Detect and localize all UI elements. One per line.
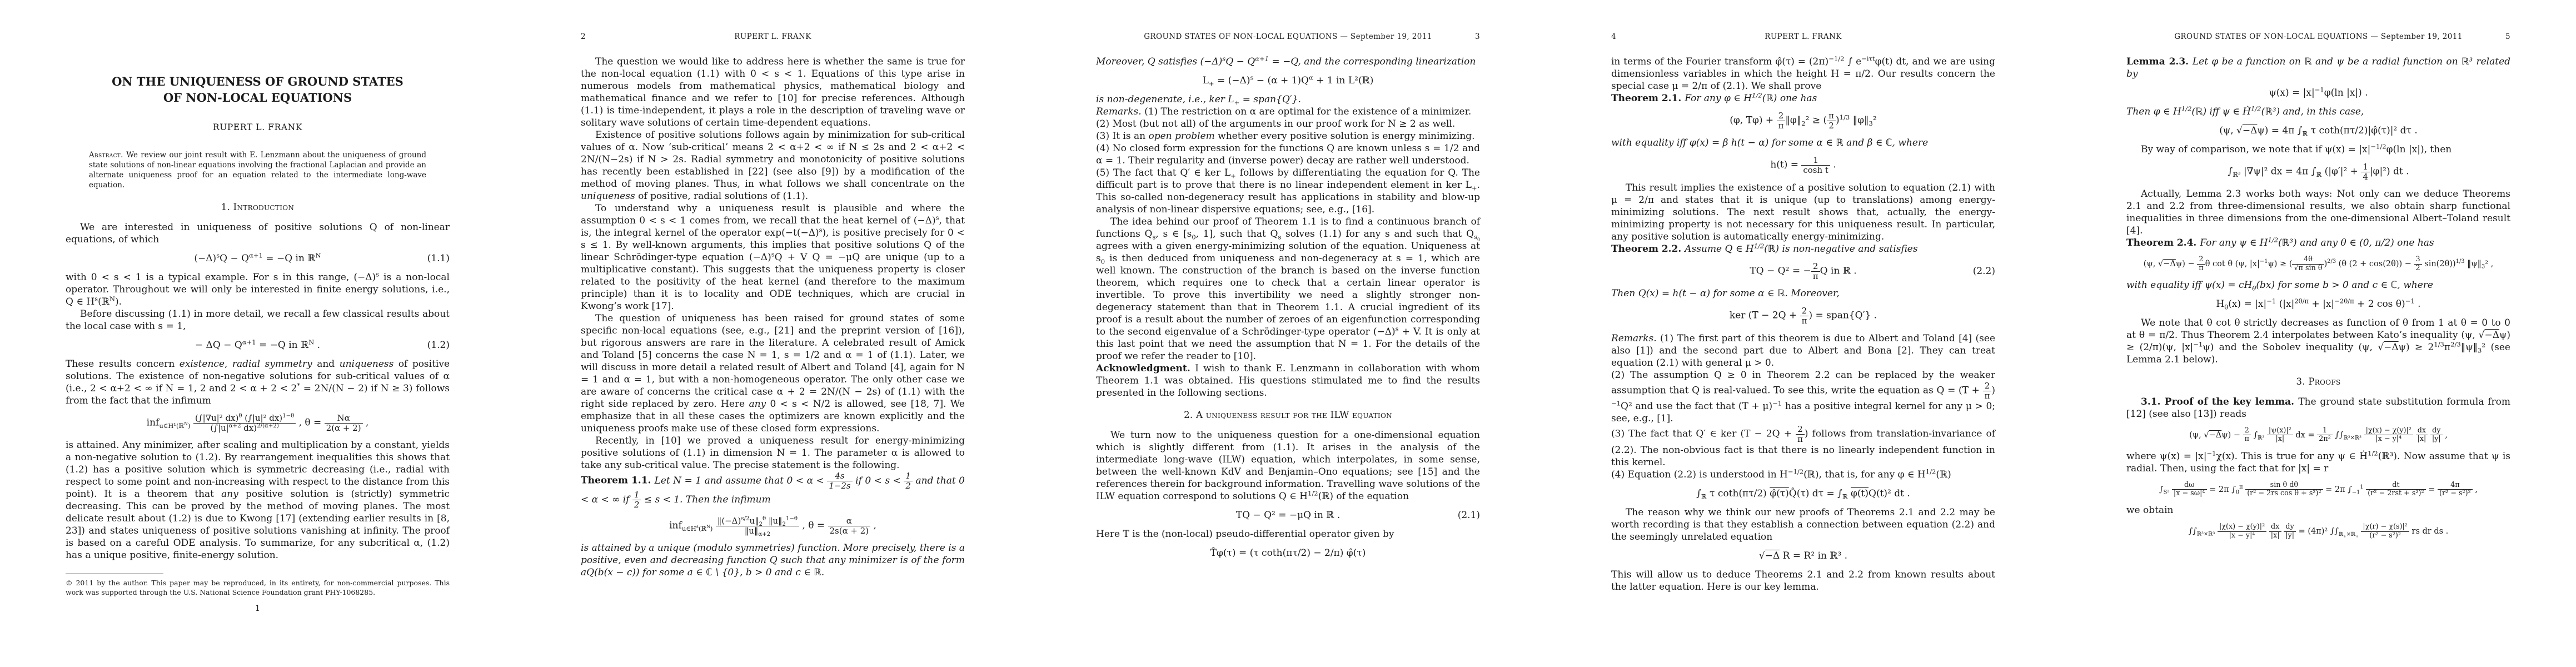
- section-heading: 1. Introduction: [66, 201, 450, 213]
- display-equation: TQ − Q² = −2πQ in ℝ .(2.2): [1611, 262, 1995, 281]
- fraction: |ψ(x)|²|x|: [2267, 427, 2293, 444]
- fraction: 2π: [1811, 262, 1820, 281]
- display-equation: (−Δ)sQ − Qα+1 = −Q in ℝN(1.1): [66, 252, 450, 265]
- block-lead: Abstract.: [89, 151, 126, 160]
- equation-body: h(t) = 1cosh t .: [1770, 156, 1836, 175]
- equation-body: infu∈Hs(ℝN) ‖(−Δ)s/2u‖2θ ‖u‖21−θ‖u‖α+2 ,…: [669, 516, 876, 535]
- paragraph: Actually, Lemma 2.3 works both ways: Not…: [2126, 188, 2510, 237]
- fraction: 2π: [2197, 256, 2205, 272]
- equation-body: ker (T − 2Q + 2π) = span{Q′} .: [1730, 306, 1877, 325]
- paragraph: is non-degenerate, i.e., ker L+ = span{Q…: [1096, 93, 1480, 106]
- page-4: 4 RUPERT L. FRANK in terms of the Fourie…: [1546, 0, 2061, 667]
- paragraph: Then Q(x) = h(t − α) for some α ∈ ℝ. Mor…: [1611, 287, 1995, 300]
- equation-number: (2.2): [1973, 265, 1995, 277]
- paragraph: Recently, in [10] we proved a uniqueness…: [581, 435, 965, 471]
- block-text: Assume Q ∈ H1/2(ℝ) is non-negative and s…: [1685, 243, 1917, 255]
- fraction: dω|x − sω|⁴: [2172, 481, 2207, 498]
- fraction: 14: [2361, 162, 2370, 181]
- header-page-number: 5: [2505, 32, 2510, 41]
- paragraph: We turn now to the uniqueness question f…: [1096, 429, 1480, 502]
- fraction: 2π: [1777, 111, 1786, 130]
- fraction: (∫|∇u|² dx)θ (∫|u|² dx)1−θ(∫|u|α+2 dx)2/…: [193, 414, 296, 432]
- header-running-title: RUPERT L. FRANK: [1611, 32, 1995, 41]
- paragraph: Moreover, Q satisfies (−Δ)sQ − Qα+1 = −Q…: [1096, 56, 1480, 68]
- display-equation: (ψ, √−Δψ) − 2πθ cot θ (ψ, |x|−1ψ) ≥ (4θ√…: [2126, 256, 2510, 272]
- equation-body: TQ − Q² = −2πQ in ℝ .: [1750, 262, 1856, 281]
- footnote-rule: [66, 574, 163, 574]
- fraction: 4s1−2s: [827, 471, 852, 490]
- equation-body: ∫ℝ τ coth(πτ/2) φ̂(τ)Q̂(τ) dτ = ∫ℝ φ(t)Q…: [1696, 487, 1910, 500]
- equation-body: T̂φ(τ) = (τ coth(πτ/2) − 2/π) φ̂(τ): [1210, 547, 1366, 559]
- fraction: sin θ dθ(r² − 2rs cos θ + s²)²: [2245, 481, 2323, 498]
- paragraph: is attained by a unique (modulo symmetri…: [581, 542, 965, 579]
- paragraph: in terms of the Fourier transform φ̂(τ) …: [1611, 56, 1995, 92]
- display-equation: (ψ, √−Δψ) − 2π ∫ℝ³ |ψ(x)|²|x| dx = 12π² …: [2126, 427, 2510, 444]
- page-1: ON THE UNIQUENESS OF GROUND STATES OF NO…: [0, 0, 515, 667]
- page-header: 4 RUPERT L. FRANK: [1611, 32, 1995, 42]
- fraction: 2π: [1983, 381, 1992, 400]
- page-content: ON THE UNIQUENESS OF GROUND STATES OF NO…: [66, 73, 450, 615]
- equation-body: infu∈H¹(ℝN) (∫|∇u|² dx)θ (∫|u|² dx)1−θ(∫…: [147, 414, 369, 432]
- fraction: |χ(x) − χ(y)|²|x − y|⁴: [2364, 427, 2413, 444]
- equation-body: √−Δ R = R² in ℝ³ .: [1759, 550, 1847, 562]
- paragraph: The reason why we think our new proofs o…: [1611, 506, 1995, 543]
- paragraph: These results concern existence, radial …: [66, 358, 450, 407]
- block-lead: Theorem 2.1.: [1611, 93, 1685, 104]
- equation-body: (−Δ)sQ − Qα+1 = −Q in ℝN: [194, 252, 321, 265]
- display-equation: √−Δ R = R² in ℝ³ .: [1611, 550, 1995, 562]
- paragraph: This result implies the existence of a p…: [1611, 182, 1995, 243]
- equation-body: ψ(x) = |x|−1φ(ln |x|) .: [2269, 87, 2368, 99]
- page-content: The question we would like to address he…: [581, 56, 965, 579]
- paragraph: Remarks. (1) The first part of this theo…: [1611, 332, 1995, 481]
- paragraph: The idea behind our proof of Theorem 1.1…: [1096, 216, 1480, 362]
- display-equation: ∫S² dω|x − sω|⁴ = 2π ∫0π sin θ dθ(r² − 2…: [2126, 481, 2510, 498]
- fraction: 4θ√π sin θ: [2292, 256, 2324, 272]
- block-lead: Theorem 2.4.: [2126, 237, 2200, 248]
- theorem: Lemma 2.3. Let φ be a function on ℝ and …: [2126, 56, 2510, 80]
- header-running-title: GROUND STATES OF NON-LOCAL EQUATIONS — S…: [1096, 32, 1480, 41]
- paragraph: Here T is the (non-local) pseudo-differe…: [1096, 528, 1480, 540]
- paragraph: We note that θ cot θ strictly decreases …: [2126, 317, 2510, 366]
- page-content: in terms of the Fourier transform φ̂(τ) …: [1611, 56, 1995, 593]
- equation-body: (ψ, √−Δψ) − 2π ∫ℝ³ |ψ(x)|²|x| dx = 12π² …: [2189, 427, 2448, 444]
- page-content: Lemma 2.3. Let φ be a function on ℝ and …: [2126, 56, 2510, 540]
- display-equation: T̂φ(τ) = (τ coth(πτ/2) − 2/π) φ̂(τ): [1096, 547, 1480, 559]
- display-equation: L+ = (−Δ)s − (α + 1)Qα + 1 in L²(ℝ): [1096, 74, 1480, 87]
- fraction: α2s(α + 2): [828, 516, 871, 535]
- fraction: 4π(r² − s²)²: [2438, 481, 2473, 498]
- equation-body: ∫∫ℝ³×ℝ³ |χ(x) − χ(y)|²|x − y|⁴ dx|x| dy|…: [2189, 523, 2449, 540]
- fraction: |χ(r) − χ(s)|²(r² − s²)²: [2361, 523, 2409, 540]
- page-number: 1: [66, 603, 450, 615]
- block-lead: Lemma 2.3.: [2126, 56, 2193, 67]
- fraction: 12π²: [2317, 427, 2333, 444]
- screenshot-root: { "arxiv_stamp": "arXiv:1109.4049v1 [mat…: [0, 0, 2576, 667]
- author-name: RUPERT L. FRANK: [66, 121, 450, 133]
- paragraph: The question of uniqueness has been rais…: [581, 312, 965, 435]
- page-header: GROUND STATES OF NON-LOCAL EQUATIONS — S…: [2126, 32, 2510, 42]
- block-lead: Acknowledgment.: [1096, 363, 1195, 374]
- display-equation: infu∈H¹(ℝN) (∫|∇u|² dx)θ (∫|u|² dx)1−θ(∫…: [66, 414, 450, 432]
- equation-body: (ψ, √−Δψ) − 2πθ cot θ (ψ, |x|−1ψ) ≥ (4θ√…: [2144, 256, 2493, 272]
- equation-body: − ΔQ − Qα+1 = −Q in ℝN .: [195, 339, 320, 351]
- paragraph: with 0 < s < 1 is a typical example. For…: [66, 271, 450, 308]
- fraction: 2π: [1796, 425, 1805, 444]
- header-running-title: RUPERT L. FRANK: [581, 32, 965, 41]
- block-text: For any ψ ∈ H1/2(ℝ³) and any θ ∈ (0, π/2…: [2200, 237, 2434, 248]
- equation-body: ∫S² dω|x − sω|⁴ = 2π ∫0π sin θ dθ(r² − 2…: [2159, 481, 2478, 498]
- display-equation: Hθ(x) = |x|−1 (|x|2θ/π + |x|−2θ/π + 2 co…: [2126, 298, 2510, 310]
- footnote: © 2011 by the author. This paper may be …: [66, 579, 450, 597]
- paragraph: Before discussing (1.1) in more detail, …: [66, 308, 450, 332]
- fraction: dt(r² − 2rst + s²)²: [2366, 481, 2425, 498]
- paragraph: with equality iff φ(x) = β h(t − α) for …: [1611, 137, 1995, 149]
- display-equation: TQ − Q² = −μQ in ℝ .(2.1): [1096, 509, 1480, 521]
- block-lead: Theorem 1.1.: [581, 475, 654, 486]
- display-equation: h(t) = 1cosh t .: [1611, 156, 1995, 175]
- paragraph: By way of comparison, we note that if ψ(…: [2126, 143, 2510, 156]
- equation-body: (ψ, √−Δψ) = 4π ∫ℝ τ coth(πτ/2)|φ̂(τ)|² d…: [2219, 125, 2418, 137]
- fraction: ‖(−Δ)s/2u‖2θ ‖u‖21−θ‖u‖α+2: [716, 516, 799, 535]
- paragraph: Existence of positive solutions follows …: [581, 129, 965, 202]
- theorem: Theorem 2.1. For any φ ∈ H1/2(ℝ) one has: [1611, 92, 1995, 104]
- display-equation: (ψ, √−Δψ) = 4π ∫ℝ τ coth(πτ/2)|φ̂(τ)|² d…: [2126, 125, 2510, 137]
- fraction: 12: [632, 490, 641, 509]
- equation-number: (1.2): [427, 339, 450, 351]
- subsection-paragraph: 3.1. Proof of the key lemma. The ground …: [2126, 396, 2510, 420]
- paragraph: with equality iff ψ(x) = cHθ(bx) for som…: [2126, 279, 2510, 291]
- equation-body: L+ = (−Δ)s − (α + 1)Qα + 1 in L²(ℝ): [1203, 74, 1374, 87]
- paragraph: Then φ ∈ H1/2(ℝ) iff ψ ∈ Ḣ1/2(ℝ³) and, i…: [2126, 106, 2510, 118]
- paragraph: The question we would like to address he…: [581, 56, 965, 129]
- paragraph: is attained. Any minimizer, after scalin…: [66, 439, 450, 561]
- fraction: dy|y|: [2430, 427, 2443, 444]
- acknowledgment: Acknowledgment. I wish to thank E. Lenzm…: [1096, 362, 1480, 399]
- page-header: GROUND STATES OF NON-LOCAL EQUATIONS — S…: [1096, 32, 1480, 42]
- equation-body: (φ, Tφ) + 2π‖φ‖2² ≥ (π2)1/3 ‖φ‖3²: [1730, 111, 1876, 130]
- paragraph: where ψ(x) = |x|−1χ(x). This is true for…: [2126, 450, 2510, 475]
- pages-row: ON THE UNIQUENESS OF GROUND STATES OF NO…: [0, 0, 2576, 667]
- page-5: GROUND STATES OF NON-LOCAL EQUATIONS — S…: [2061, 0, 2576, 667]
- block-lead: 3.1. Proof of the key lemma.: [2141, 396, 2298, 407]
- page-header: 2 RUPERT L. FRANK: [581, 32, 965, 42]
- section-heading: 2. A uniqueness result for the ILW equat…: [1096, 409, 1480, 421]
- paragraph: we obtain: [2126, 504, 2510, 516]
- page-2: 2 RUPERT L. FRANK The question we would …: [515, 0, 1030, 667]
- fraction: 32: [2414, 256, 2422, 272]
- page-3: GROUND STATES OF NON-LOCAL EQUATIONS — S…: [1030, 0, 1546, 667]
- theorem: Theorem 2.4. For any ψ ∈ H1/2(ℝ³) and an…: [2126, 237, 2510, 249]
- display-equation: ψ(x) = |x|−1φ(ln |x|) .: [2126, 87, 2510, 99]
- display-equation: ∫∫ℝ³×ℝ³ |χ(x) − χ(y)|²|x − y|⁴ dx|x| dy|…: [2126, 523, 2510, 540]
- abstract: Abstract. We review our joint result wit…: [89, 150, 426, 190]
- theorem: Theorem 2.2. Assume Q ∈ H1/2(ℝ) is non-n…: [1611, 243, 1995, 255]
- display-equation: − ΔQ − Qα+1 = −Q in ℝN .(1.2): [66, 339, 450, 351]
- block-lead: Theorem 2.2.: [1611, 243, 1685, 255]
- theorem: Theorem 1.1. Let N = 1 and assume that 0…: [581, 471, 965, 510]
- fraction: |χ(x) − χ(y)|²|x − y|⁴: [2218, 523, 2266, 540]
- block-text: For any φ ∈ H1/2(ℝ) one has: [1685, 93, 1817, 104]
- display-equation: ∫ℝ³ |∇ψ|² dx = 4π ∫ℝ (|φ′|² + 14|φ|²) dt…: [2126, 162, 2510, 181]
- fraction: dx|x|: [2416, 427, 2428, 444]
- paragraph: We are interested in uniqueness of posit…: [66, 221, 450, 246]
- fraction: 2π: [1800, 306, 1809, 325]
- equation-body: TQ − Q² = −μQ in ℝ .: [1236, 509, 1341, 521]
- equation-number: (1.1): [427, 252, 450, 265]
- block-text: We review our joint result with E. Lenzm…: [89, 151, 426, 190]
- fraction: 1cosh t: [1801, 156, 1830, 175]
- fraction: Nα2(α + 2): [325, 414, 363, 432]
- equation-body: Hθ(x) = |x|−1 (|x|2θ/π + |x|−2θ/π + 2 co…: [2216, 298, 2420, 310]
- fraction: dx|x|: [2269, 523, 2281, 540]
- header-page-number: 3: [1475, 32, 1480, 41]
- paragraph: This will allow us to deduce Theorems 2.…: [1611, 569, 1995, 593]
- paper-title: ON THE UNIQUENESS OF GROUND STATES OF NO…: [66, 73, 450, 106]
- fraction: 2π: [2243, 427, 2251, 444]
- paragraph: Remarks. (1) The restriction on α are op…: [1096, 106, 1480, 216]
- page-content: Moreover, Q satisfies (−Δ)sQ − Qα+1 = −Q…: [1096, 56, 1480, 559]
- section-heading: 3. Proofs: [2126, 376, 2510, 388]
- fraction: π2: [1827, 111, 1836, 130]
- display-equation: (φ, Tφ) + 2π‖φ‖2² ≥ (π2)1/3 ‖φ‖3²: [1611, 111, 1995, 130]
- display-equation: ∫ℝ τ coth(πτ/2) φ̂(τ)Q̂(τ) dτ = ∫ℝ φ(t)Q…: [1611, 487, 1995, 500]
- equation-number: (2.1): [1458, 509, 1480, 521]
- display-equation: infu∈Hs(ℝN) ‖(−Δ)s/2u‖2θ ‖u‖21−θ‖u‖α+2 ,…: [581, 516, 965, 535]
- fraction: dy|y|: [2284, 523, 2296, 540]
- display-equation: ker (T − 2Q + 2π) = span{Q′} .: [1611, 306, 1995, 325]
- equation-body: ∫ℝ³ |∇ψ|² dx = 4π ∫ℝ (|φ′|² + 14|φ|²) dt…: [2228, 162, 2409, 181]
- paragraph: To understand why a uniqueness result is…: [581, 202, 965, 312]
- header-running-title: GROUND STATES OF NON-LOCAL EQUATIONS — S…: [2126, 32, 2510, 41]
- fraction: 12: [904, 471, 913, 490]
